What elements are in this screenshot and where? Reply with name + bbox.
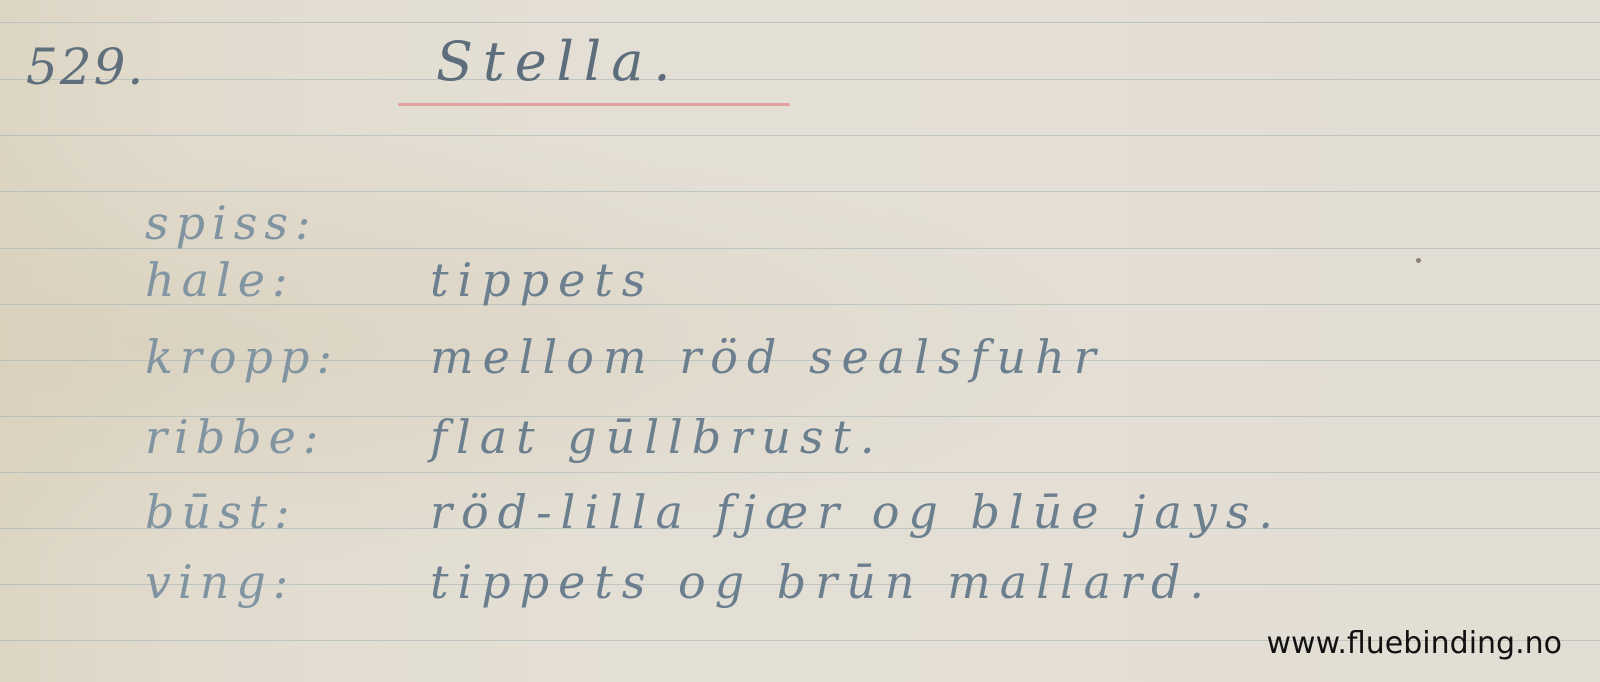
ruled-line bbox=[0, 79, 1600, 80]
ruled-line bbox=[0, 135, 1600, 136]
label-ving: ving: bbox=[145, 555, 295, 609]
label-kropp: kropp: bbox=[145, 330, 339, 384]
entry-number: 529. bbox=[26, 38, 145, 96]
title-underline bbox=[398, 103, 790, 106]
entry-title: Stella. bbox=[436, 30, 681, 93]
ruled-line bbox=[0, 22, 1600, 23]
value-kropp: mellom röd sealsfuhr bbox=[430, 330, 1105, 384]
paper-speck bbox=[1416, 258, 1421, 263]
value-ving: tippets og brūn mallard. bbox=[430, 555, 1213, 609]
watermark-link[interactable]: www.fluebinding.no bbox=[1267, 626, 1563, 661]
value-bust: röd-lilla fjær og blūe jays. bbox=[430, 485, 1282, 539]
value-ribbe: flat gūllbrust. bbox=[430, 410, 884, 464]
label-bust: būst: bbox=[145, 485, 297, 539]
ruled-line bbox=[0, 191, 1600, 192]
label-hale: hale: bbox=[145, 253, 294, 307]
label-ribbe: ribbe: bbox=[145, 410, 325, 464]
ledger-page: 529. Stella. spiss: hale: tippets kropp:… bbox=[0, 0, 1600, 682]
label-spiss: spiss: bbox=[145, 196, 317, 250]
value-hale: tippets bbox=[430, 253, 654, 307]
ruled-line bbox=[0, 472, 1600, 473]
